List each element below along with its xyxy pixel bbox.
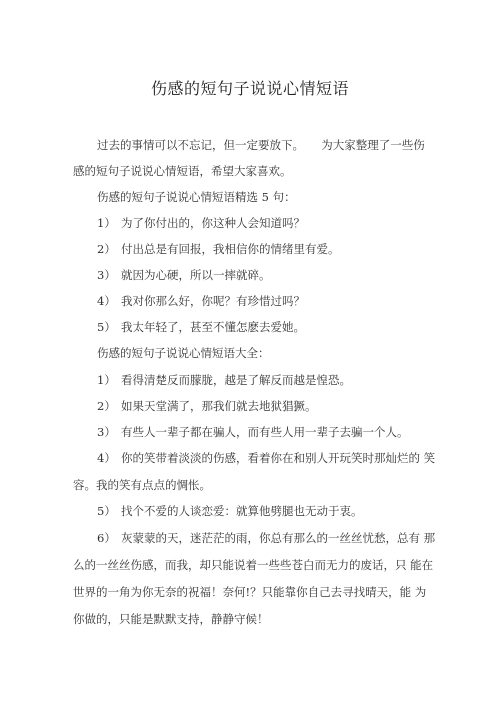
document-title: 伤感的短句子说说心情短语 bbox=[0, 76, 500, 99]
item-number: 4） bbox=[97, 293, 121, 309]
item-text: 你的笑带着淡淡的伤感，看着你在和别人开玩笑时那灿烂的 笑 bbox=[121, 451, 435, 465]
item-number: 5） bbox=[97, 319, 121, 335]
item-text: 就因为心硬，所以一摔就碎。 bbox=[121, 268, 271, 282]
list-item: 3）有些人一辈子都在骗人，而有些人用一辈子去骗一个人。 bbox=[97, 424, 409, 440]
intro-line-1: 过去的事情可以不忘记，但一定要放下。 为大家整理了一些伤 bbox=[97, 137, 425, 153]
list-item-continuation: 么的一丝丝伤感，而我，却只能说着一些些苍白而无力的废话，只 能在 bbox=[73, 557, 433, 573]
item-text: 找个不爱的人谈恋爱：就算他劈腿也无动于衷。 bbox=[121, 504, 363, 518]
list-item-continuation: 容。我的笑有点点的惆怅。 bbox=[73, 477, 211, 493]
list-item-continuation: 世界的一角为你无奈的祝福！奈何!？只能靠你自己去寻找晴天，能 为 bbox=[73, 584, 426, 600]
item-text: 如果天堂满了，那我们就去地狱猖獗。 bbox=[121, 399, 317, 413]
section1-heading: 伤感的短句子说说心情短语精选 5 句： bbox=[97, 189, 296, 205]
item-number: 2） bbox=[97, 398, 121, 414]
list-item: 6）灰蒙蒙的天，迷茫茫的雨，你总有那么的一丝丝忧愁，总有 那 bbox=[97, 530, 435, 546]
document-page: 伤感的短句子说说心情短语 过去的事情可以不忘记，但一定要放下。 为大家整理了一些… bbox=[0, 0, 500, 708]
list-item: 4）我对你那么好，你呢？有珍惜过吗？ bbox=[97, 293, 305, 309]
item-number: 2） bbox=[97, 241, 121, 257]
list-item-continuation: 你做的，只能是默默支持，静静守候！ bbox=[73, 611, 269, 627]
list-item: 2）付出总是有回报，我相信你的情绪里有爱。 bbox=[97, 241, 340, 257]
section2-heading: 伤感的短句子说说心情短语大全： bbox=[97, 345, 270, 361]
item-number: 3） bbox=[97, 267, 121, 283]
item-number: 5） bbox=[97, 503, 121, 519]
item-number: 1） bbox=[97, 372, 121, 388]
intro-line-2: 感的短句子说说心情短语，希望大家喜欢。 bbox=[73, 163, 292, 179]
item-number: 3） bbox=[97, 424, 121, 440]
list-item: 1）为了你付出的，你这种人会知道吗？ bbox=[97, 215, 305, 231]
list-item: 1）看得清楚反而朦胧，越是了解反而越是惶恐。 bbox=[97, 372, 351, 388]
item-text: 付出总是有回报，我相信你的情绪里有爱。 bbox=[121, 242, 340, 256]
item-number: 6） bbox=[97, 530, 121, 546]
list-item: 2）如果天堂满了，那我们就去地狱猖獗。 bbox=[97, 398, 317, 414]
item-number: 4） bbox=[97, 450, 121, 466]
list-item: 5）我太年轻了，甚至不懂怎麽去爱她。 bbox=[97, 319, 305, 335]
list-item: 5）找个不爱的人谈恋爱：就算他劈腿也无动于衷。 bbox=[97, 503, 363, 519]
list-item: 3）就因为心硬，所以一摔就碎。 bbox=[97, 267, 271, 283]
item-text: 我太年轻了，甚至不懂怎麽去爱她。 bbox=[121, 320, 305, 334]
list-item: 4）你的笑带着淡淡的伤感，看着你在和别人开玩笑时那灿烂的 笑 bbox=[97, 450, 435, 466]
item-text: 为了你付出的，你这种人会知道吗？ bbox=[121, 216, 305, 230]
item-number: 1） bbox=[97, 215, 121, 231]
item-text: 我对你那么好，你呢？有珍惜过吗？ bbox=[121, 294, 305, 308]
item-text: 灰蒙蒙的天，迷茫茫的雨，你总有那么的一丝丝忧愁，总有 那 bbox=[121, 531, 435, 545]
item-text: 看得清楚反而朦胧，越是了解反而越是惶恐。 bbox=[121, 373, 351, 387]
item-text: 有些人一辈子都在骗人，而有些人用一辈子去骗一个人。 bbox=[121, 425, 409, 439]
